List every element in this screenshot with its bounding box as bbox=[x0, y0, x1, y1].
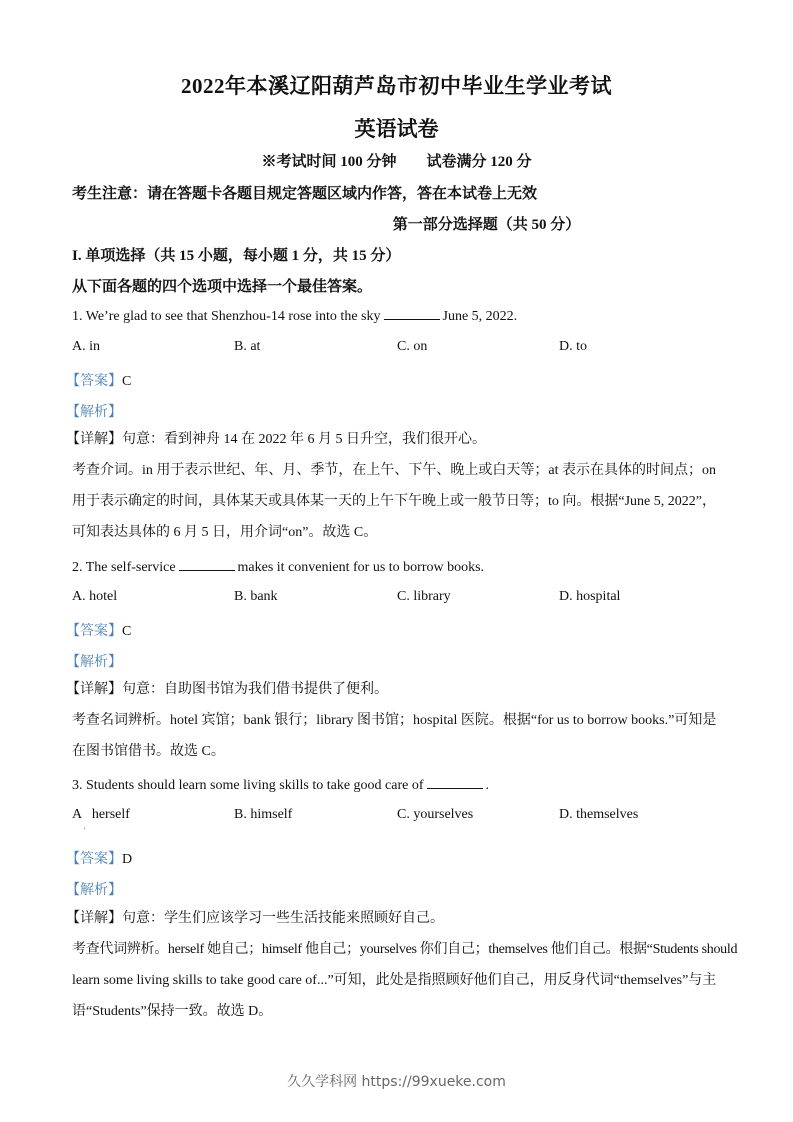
question-3-option-b: B. himself bbox=[234, 807, 292, 823]
full-score: 试卷满分 120 分 bbox=[427, 154, 532, 170]
stem-text: . bbox=[486, 778, 490, 793]
stem-text: 3. Students should learn some living ski… bbox=[72, 778, 424, 793]
question-2-option-c: C. library bbox=[397, 589, 451, 605]
answer-value: C bbox=[122, 624, 131, 639]
answer-blank bbox=[179, 558, 235, 571]
detail-line: 句意：学生们应该学习一些生活技能来照顾好自己。 bbox=[122, 911, 444, 926]
question-3-answer: 【答案】D bbox=[66, 848, 132, 868]
exam-time: ※考试时间 100 分钟 bbox=[261, 154, 396, 170]
answer-value: D bbox=[122, 852, 132, 867]
section-title: I. 单项选择（共 15 小题，每小题 1 分，共 15 分） bbox=[72, 244, 400, 265]
answer-blank bbox=[384, 307, 440, 320]
detail-label: 【详解】 bbox=[66, 432, 122, 447]
answer-blank bbox=[427, 776, 483, 789]
question-3-option-a: A herself bbox=[72, 807, 130, 823]
answer-label: 【答案】 bbox=[66, 852, 122, 867]
detail-line: learn some living skills to take good ca… bbox=[66, 965, 716, 996]
stem-text: 2. The self-service bbox=[72, 560, 176, 575]
answer-label: 【答案】 bbox=[66, 624, 122, 639]
question-2-option-d: D. hospital bbox=[559, 589, 620, 605]
stem-text: 1. We’re glad to see that Shenzhou-14 ro… bbox=[72, 309, 381, 324]
question-3-stem: 3. Students should learn some living ski… bbox=[72, 776, 489, 794]
answer-value: C bbox=[122, 374, 131, 389]
question-1-answer: 【答案】C bbox=[66, 370, 131, 390]
detail-line: 在图书馆借书。故选 C。 bbox=[66, 736, 716, 767]
question-2-analysis-label: 【解析】 bbox=[66, 651, 122, 671]
question-2-option-a: A. hotel bbox=[72, 589, 117, 605]
question-2-answer: 【答案】C bbox=[66, 620, 131, 640]
stem-text: makes it convenient for us to borrow boo… bbox=[238, 560, 485, 575]
detail-label: 【详解】 bbox=[66, 911, 122, 926]
question-1-stem: 1. We’re glad to see that Shenzhou-14 ro… bbox=[72, 307, 517, 325]
detail-line: 可知表达具体的 6 月 5 日，用介词“on”。故选 C。 bbox=[66, 517, 716, 548]
question-3-option-d: D. themselves bbox=[559, 807, 638, 823]
detail-line: 考查代词辨析。herself 她自己；himself 他自己；yourselve… bbox=[66, 934, 716, 965]
part-title: 第一部分选择题（共 50 分） bbox=[0, 213, 793, 234]
question-1-detail: 【详解】句意：看到神舟 14 在 2022 年 6 月 5 日升空，我们很开心。… bbox=[66, 424, 716, 548]
detail-line: 考查介词。in 用于表示世纪、年、月、季节，在上午、下午、晚上或白天等；at 表… bbox=[66, 455, 716, 486]
detail-line: 考查名词辨析。hotel 宾馆；bank 银行；library 图书馆；hosp… bbox=[66, 705, 716, 736]
question-2-detail: 【详解】句意：自助图书馆为我们借书提供了便利。 考查名词辨析。hotel 宾馆；… bbox=[66, 674, 716, 767]
exam-info: ※考试时间 100 分钟试卷满分 120 分 bbox=[0, 150, 793, 171]
detail-line: 语“Students”保持一致。故选 D。 bbox=[66, 996, 716, 1027]
question-1-analysis-label: 【解析】 bbox=[66, 401, 122, 421]
question-1-option-c: C. on bbox=[397, 339, 427, 355]
question-1-option-d: D. to bbox=[559, 339, 587, 355]
question-3-option-c: C. yourselves bbox=[397, 807, 473, 823]
question-2-option-b: B. bank bbox=[234, 589, 278, 605]
question-1-option-b: B. at bbox=[234, 339, 260, 355]
stem-text: June 5, 2022. bbox=[443, 309, 518, 324]
detail-line: 句意：自助图书馆为我们借书提供了便利。 bbox=[122, 682, 388, 697]
question-1-option-a: A. in bbox=[72, 339, 100, 355]
document-title: 2022年本溪辽阳葫芦岛市初中毕业生学业考试 bbox=[0, 70, 793, 100]
exam-notice: 考生注意：请在答题卡各题目规定答题区域内作答，答在本试卷上无效 bbox=[72, 182, 537, 203]
detail-label: 【详解】 bbox=[66, 682, 122, 697]
section-instruction: 从下面各题的四个选项中选择一个最佳答案。 bbox=[72, 275, 372, 296]
answer-label: 【答案】 bbox=[66, 374, 122, 389]
detail-line: 用于表示确定的时间，具体某天或具体某一天的上午下午晚上或一般节日等；to 向。根… bbox=[66, 486, 716, 517]
question-3-analysis-label: 【解析】 bbox=[66, 879, 122, 899]
stray-mark: ' bbox=[84, 826, 85, 835]
detail-line: 句意：看到神舟 14 在 2022 年 6 月 5 日升空，我们很开心。 bbox=[122, 432, 486, 447]
footer-watermark: 久久学科网 https://99xueke.com bbox=[0, 1071, 793, 1091]
document-subtitle: 英语试卷 bbox=[0, 113, 793, 143]
question-3-detail: 【详解】句意：学生们应该学习一些生活技能来照顾好自己。 考查代词辨析。herse… bbox=[66, 903, 716, 1027]
question-2-stem: 2. The self-servicemakes it convenient f… bbox=[72, 558, 484, 576]
